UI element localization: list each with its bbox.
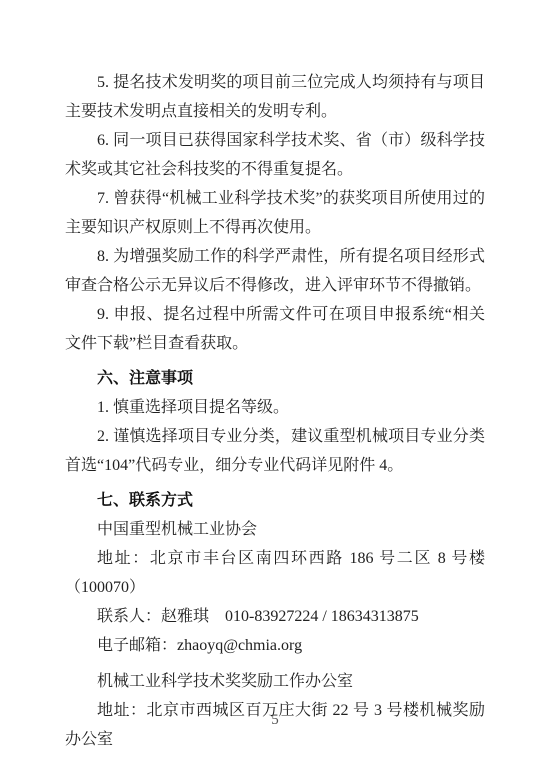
note-item-2: 2. 谨慎选择项目专业分类，建议重型机械项目专业分类首选“104”代码专业，细分… [65,422,485,480]
contact-org1-email: 电子邮箱：zhaoyq@chmia.org [65,631,485,660]
section-heading-notes: 六、注意事项 [65,364,485,393]
rule-item-8: 8. 为增强奖励工作的科学严肃性，所有提名项目经形式审查合格公示无异议后不得修改… [65,242,485,300]
contact-org1-name: 中国重型机械工业协会 [65,515,485,544]
rule-item-7: 7. 曾获得“机械工业科学技术奖”的获奖项目所使用过的主要知识产权原则上不得再次… [65,184,485,242]
document-page: 5. 提名技术发明奖的项目前三位完成人均须持有与项目主要技术发明点直接相关的发明… [0,0,550,778]
contact-org1-person-phone: 联系人：赵雅琪 010-83927224 / 18634313875 [65,602,485,631]
page-number: 5 [0,708,550,732]
rule-item-6: 6. 同一项目已获得国家科学技术奖、省（市）级科学技术奖或其它社会科技奖的不得重… [65,126,485,184]
section-heading-contact: 七、联系方式 [65,486,485,515]
note-item-1: 1. 慎重选择项目提名等级。 [65,393,485,422]
contact-org1-address: 地址：北京市丰台区南四环西路 186 号二区 8 号楼（100070） [65,544,485,602]
rule-item-9: 9. 申报、提名过程中所需文件可在项目申报系统“相关文件下载”栏目查看获取。 [65,300,485,358]
contact-org2-name: 机械工业科学技术奖奖励工作办公室 [65,667,485,696]
rule-item-5: 5. 提名技术发明奖的项目前三位完成人均须持有与项目主要技术发明点直接相关的发明… [65,68,485,126]
